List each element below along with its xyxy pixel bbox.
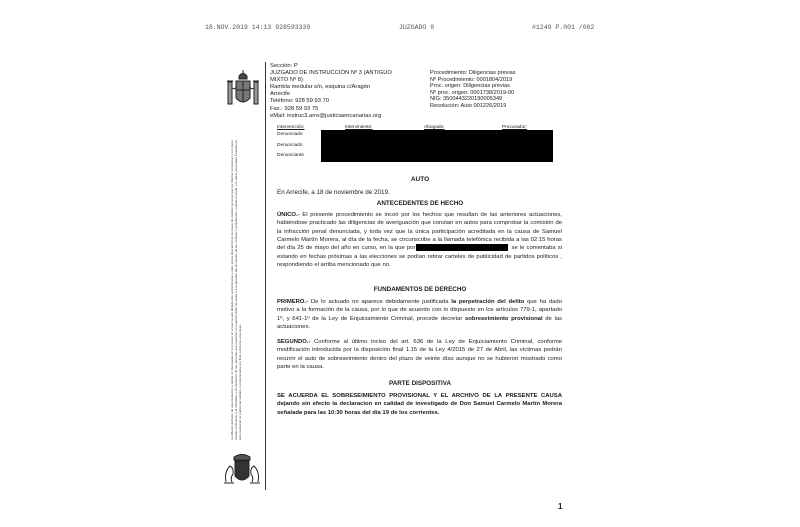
procedure-type: Procedimiento: Diligencias previas	[430, 70, 516, 77]
parte-dispositiva-paragraph: SE ACUERDA EL SOBRESEIMIENTO PROVISIONAL…	[277, 392, 562, 417]
procedure-info: Procedimiento: Diligencias previas Nº Pr…	[430, 70, 516, 110]
document-title: AUTO	[270, 176, 570, 183]
spain-coat-of-arms-icon	[226, 70, 260, 112]
canarias-coat-of-arms-icon	[222, 452, 262, 486]
redaction-block	[321, 130, 553, 162]
fax-page-ref: #1249 P.001 /002	[532, 24, 594, 31]
redaction-inline	[416, 244, 508, 251]
party-role: Denunciante	[277, 153, 304, 158]
document-date: En Arrecife, a 18 de noviembre de 2019.	[277, 189, 390, 196]
court-info: Sección: P JUZGADO DE INSTRUCCIÓN Nº 3 (…	[270, 63, 392, 120]
segundo-paragraph: SEGUNDO.- Conforme al último inciso del …	[277, 338, 562, 371]
primero-label: PRIMERO.-	[277, 299, 308, 305]
fax-header: 18.NOV.2019 14:13 928593339 JUZGADO 8 #1…	[205, 24, 615, 34]
procedure-resolution: Resolución: Auto 001226/2019	[430, 103, 516, 110]
court-phone: Teléfono: 928 59 93 70	[270, 98, 392, 105]
unico-label: ÚNICO.-	[277, 212, 300, 218]
procedure-origin-number: Nº proc. origen: 0001738/2019-00	[430, 90, 516, 97]
procedure-number: Nº Procedimiento: 0001804/2019	[430, 77, 516, 84]
margin-divider	[265, 62, 266, 490]
party-role: Denunciado	[277, 143, 303, 148]
court-name-line2: MIXTO Nº 8)	[270, 77, 392, 84]
court-fax: Fax.: 928 59 93 75	[270, 106, 392, 113]
fax-timestamp: 18.NOV.2019 14:13 928593339	[205, 24, 310, 31]
procedure-origin: Proc. origen: Diligencias previas	[430, 83, 516, 90]
court-city: Arrecife	[270, 91, 392, 98]
parties-table: Intervención: Interviniente: Abogado: Pr…	[277, 125, 547, 161]
segundo-label: SEGUNDO.-	[277, 339, 310, 345]
primero-paragraph: PRIMERO.- De lo actuado no aparece debid…	[277, 298, 562, 331]
court-email: eMail: instruc3.arre@justiciaencanarias.…	[270, 113, 392, 120]
unico-paragraph: ÚNICO.- El presente procedimiento se inc…	[277, 211, 562, 269]
party-role: Denunciado	[277, 132, 303, 137]
data-protection-notice: La difusión del texto de esta resolución…	[230, 140, 252, 440]
page-number: 1	[558, 502, 562, 511]
header-intervencion: Intervención:	[277, 125, 304, 130]
parte-dispositiva-heading: PARTE DISPOSITIVA	[270, 380, 570, 387]
court-address: Rambla medular s/n, esquina c/Aragón	[270, 84, 392, 91]
procedure-nig: NIG: 3500443220190005349	[430, 96, 516, 103]
antecedentes-heading: ANTECEDENTES DE HECHO	[270, 200, 570, 207]
fax-sender: JUZGADO 8	[399, 24, 434, 31]
fundamentos-heading: FUNDAMENTOS DE DERECHO	[270, 286, 570, 293]
